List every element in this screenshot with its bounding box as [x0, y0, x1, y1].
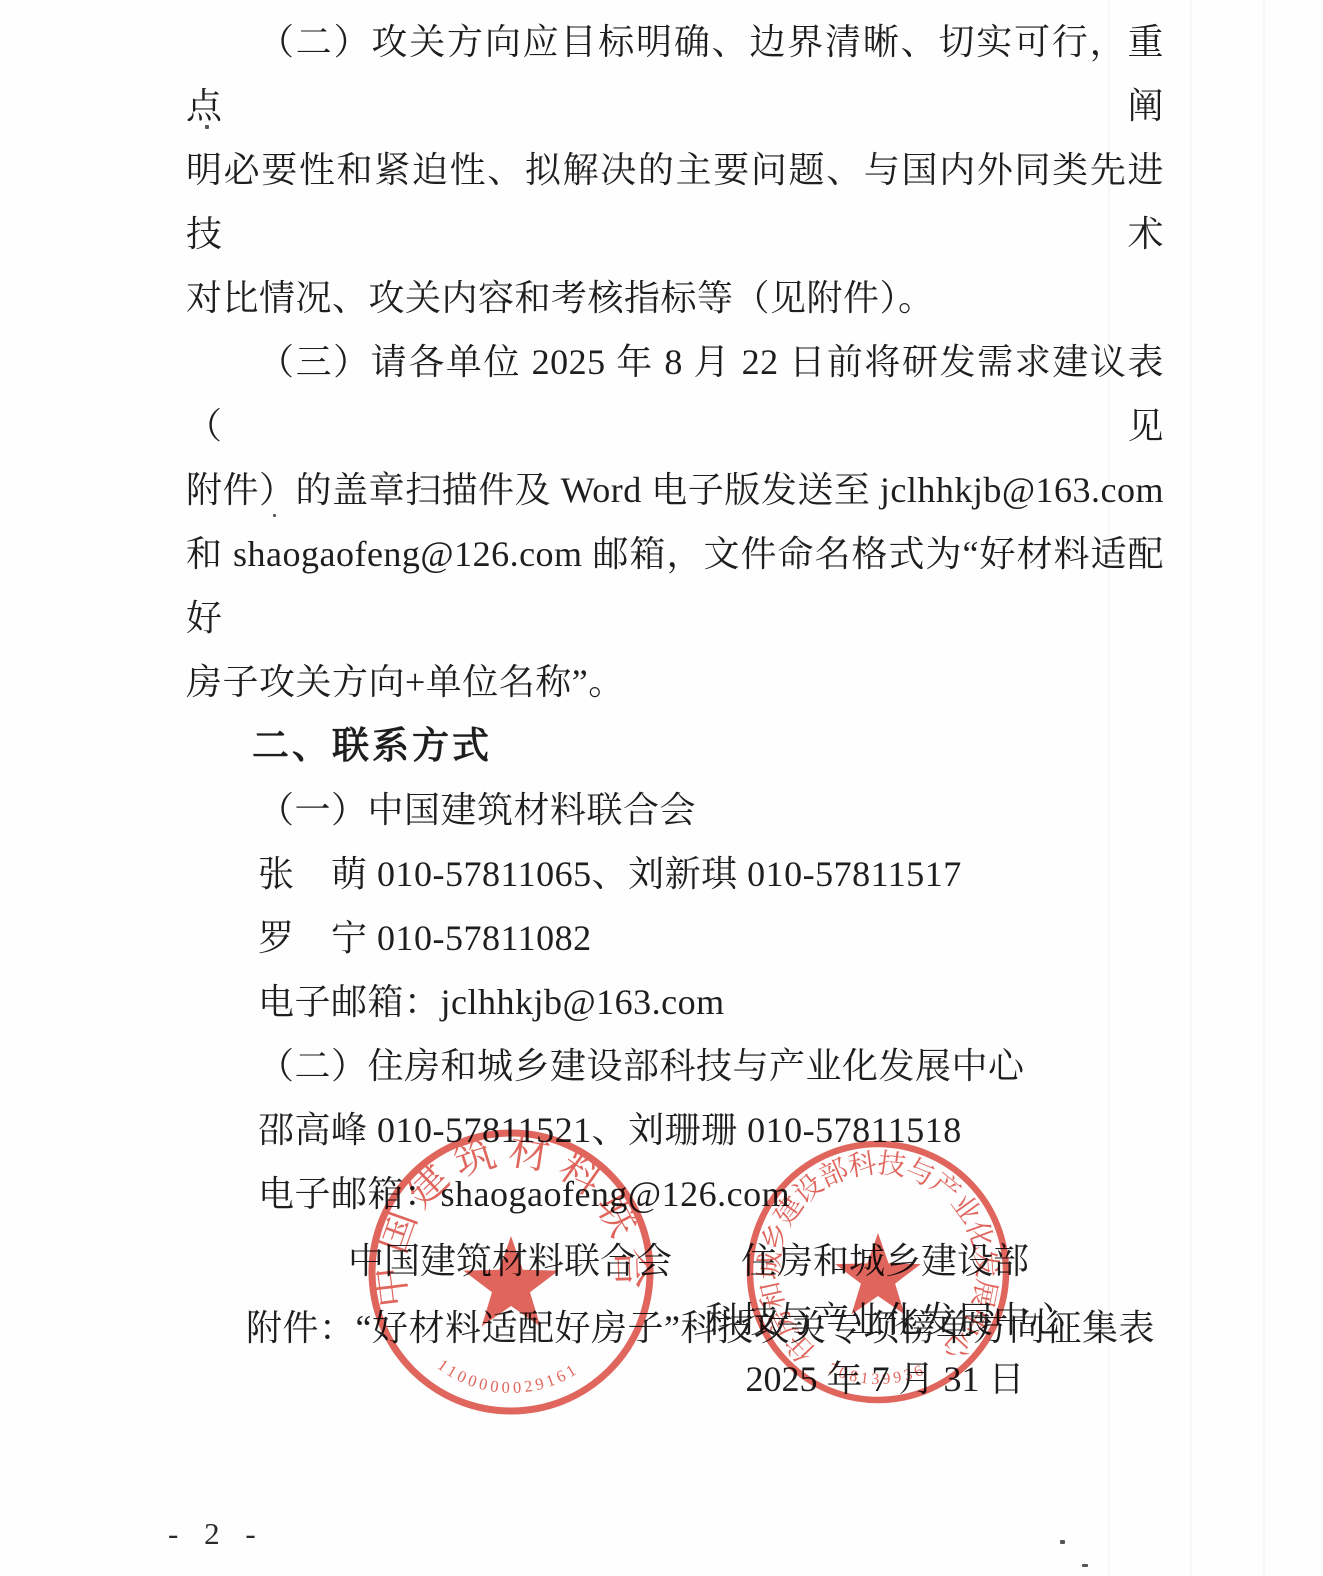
- star-icon: [463, 1236, 558, 1327]
- para3-line3: 和 shaogaofeng@126.com 邮箱，文件命名格式为“好材料适配好: [186, 522, 1164, 650]
- seal-right: 住房和城乡建设部科技与产业化发展中心 708139936: [743, 1137, 1013, 1412]
- contact1-org: （一）中国建筑材料联合会: [186, 778, 1164, 842]
- scan-speck: [205, 125, 209, 129]
- para2-line3: 对比情况、攻关内容和考核指标等（见附件）。: [186, 266, 1164, 330]
- scan-speck: [1082, 1564, 1088, 1567]
- document-body: （二）攻关方向应目标明确、边界清晰、切实可行，重点阐 明必要性和紧迫性、拟解决的…: [186, 10, 1164, 1360]
- para2-line1: （二）攻关方向应目标明确、边界清晰、切实可行，重点阐: [186, 10, 1164, 138]
- seal-right-serial: 708139936: [825, 1360, 925, 1388]
- scan-artifact-line: [1190, 0, 1192, 1576]
- scanned-document-page: （二）攻关方向应目标明确、边界清晰、切实可行，重点阐 明必要性和紧迫性、拟解决的…: [0, 0, 1323, 1576]
- seal-left: 中国建筑材料联合会 1100000029161: [365, 1126, 657, 1423]
- para3-line1: （三）请各单位 2025 年 8 月 22 日前将研发需求建议表（见: [186, 330, 1164, 458]
- scan-speck: [1060, 1540, 1065, 1544]
- para2-line2: 明必要性和紧迫性、拟解决的主要问题、与国内外同类先进技术: [186, 138, 1164, 266]
- scan-artifact-line: [1263, 0, 1265, 1576]
- seal-left-graphic: 中国建筑材料联合会 1100000029161: [365, 1126, 657, 1418]
- star-icon: [835, 1233, 921, 1314]
- contact1-phones1: 张 萌 010-57811065、刘新琪 010-57811517: [186, 842, 1164, 906]
- contact1-phones2: 罗 宁 010-57811082: [186, 906, 1164, 970]
- section2-heading: 二、联系方式: [186, 714, 1164, 778]
- seal-left-serial: 1100000029161: [434, 1355, 579, 1397]
- contact2-org: （二）住房和城乡建设部科技与产业化发展中心: [186, 1034, 1164, 1098]
- para3-line4: 房子攻关方向+单位名称”。: [186, 650, 1164, 714]
- contact1-email: 电子邮箱：jclhhkjb@163.com: [186, 970, 1164, 1034]
- seal-right-graphic: 住房和城乡建设部科技与产业化发展中心 708139936: [743, 1137, 1013, 1407]
- scan-artifact-line: [1108, 0, 1110, 1576]
- scan-speck: [273, 514, 276, 517]
- contact2-phones1: 邵高峰 010-57811521、刘珊珊 010-57811518: [186, 1098, 1164, 1162]
- page-number: - 2 -: [168, 1516, 265, 1552]
- contact2-email: 电子邮箱：shaogaofeng@126.com: [186, 1162, 1164, 1226]
- para3-line2: 附件）的盖章扫描件及 Word 电子版发送至 jclhhkjb@163.com: [186, 458, 1164, 522]
